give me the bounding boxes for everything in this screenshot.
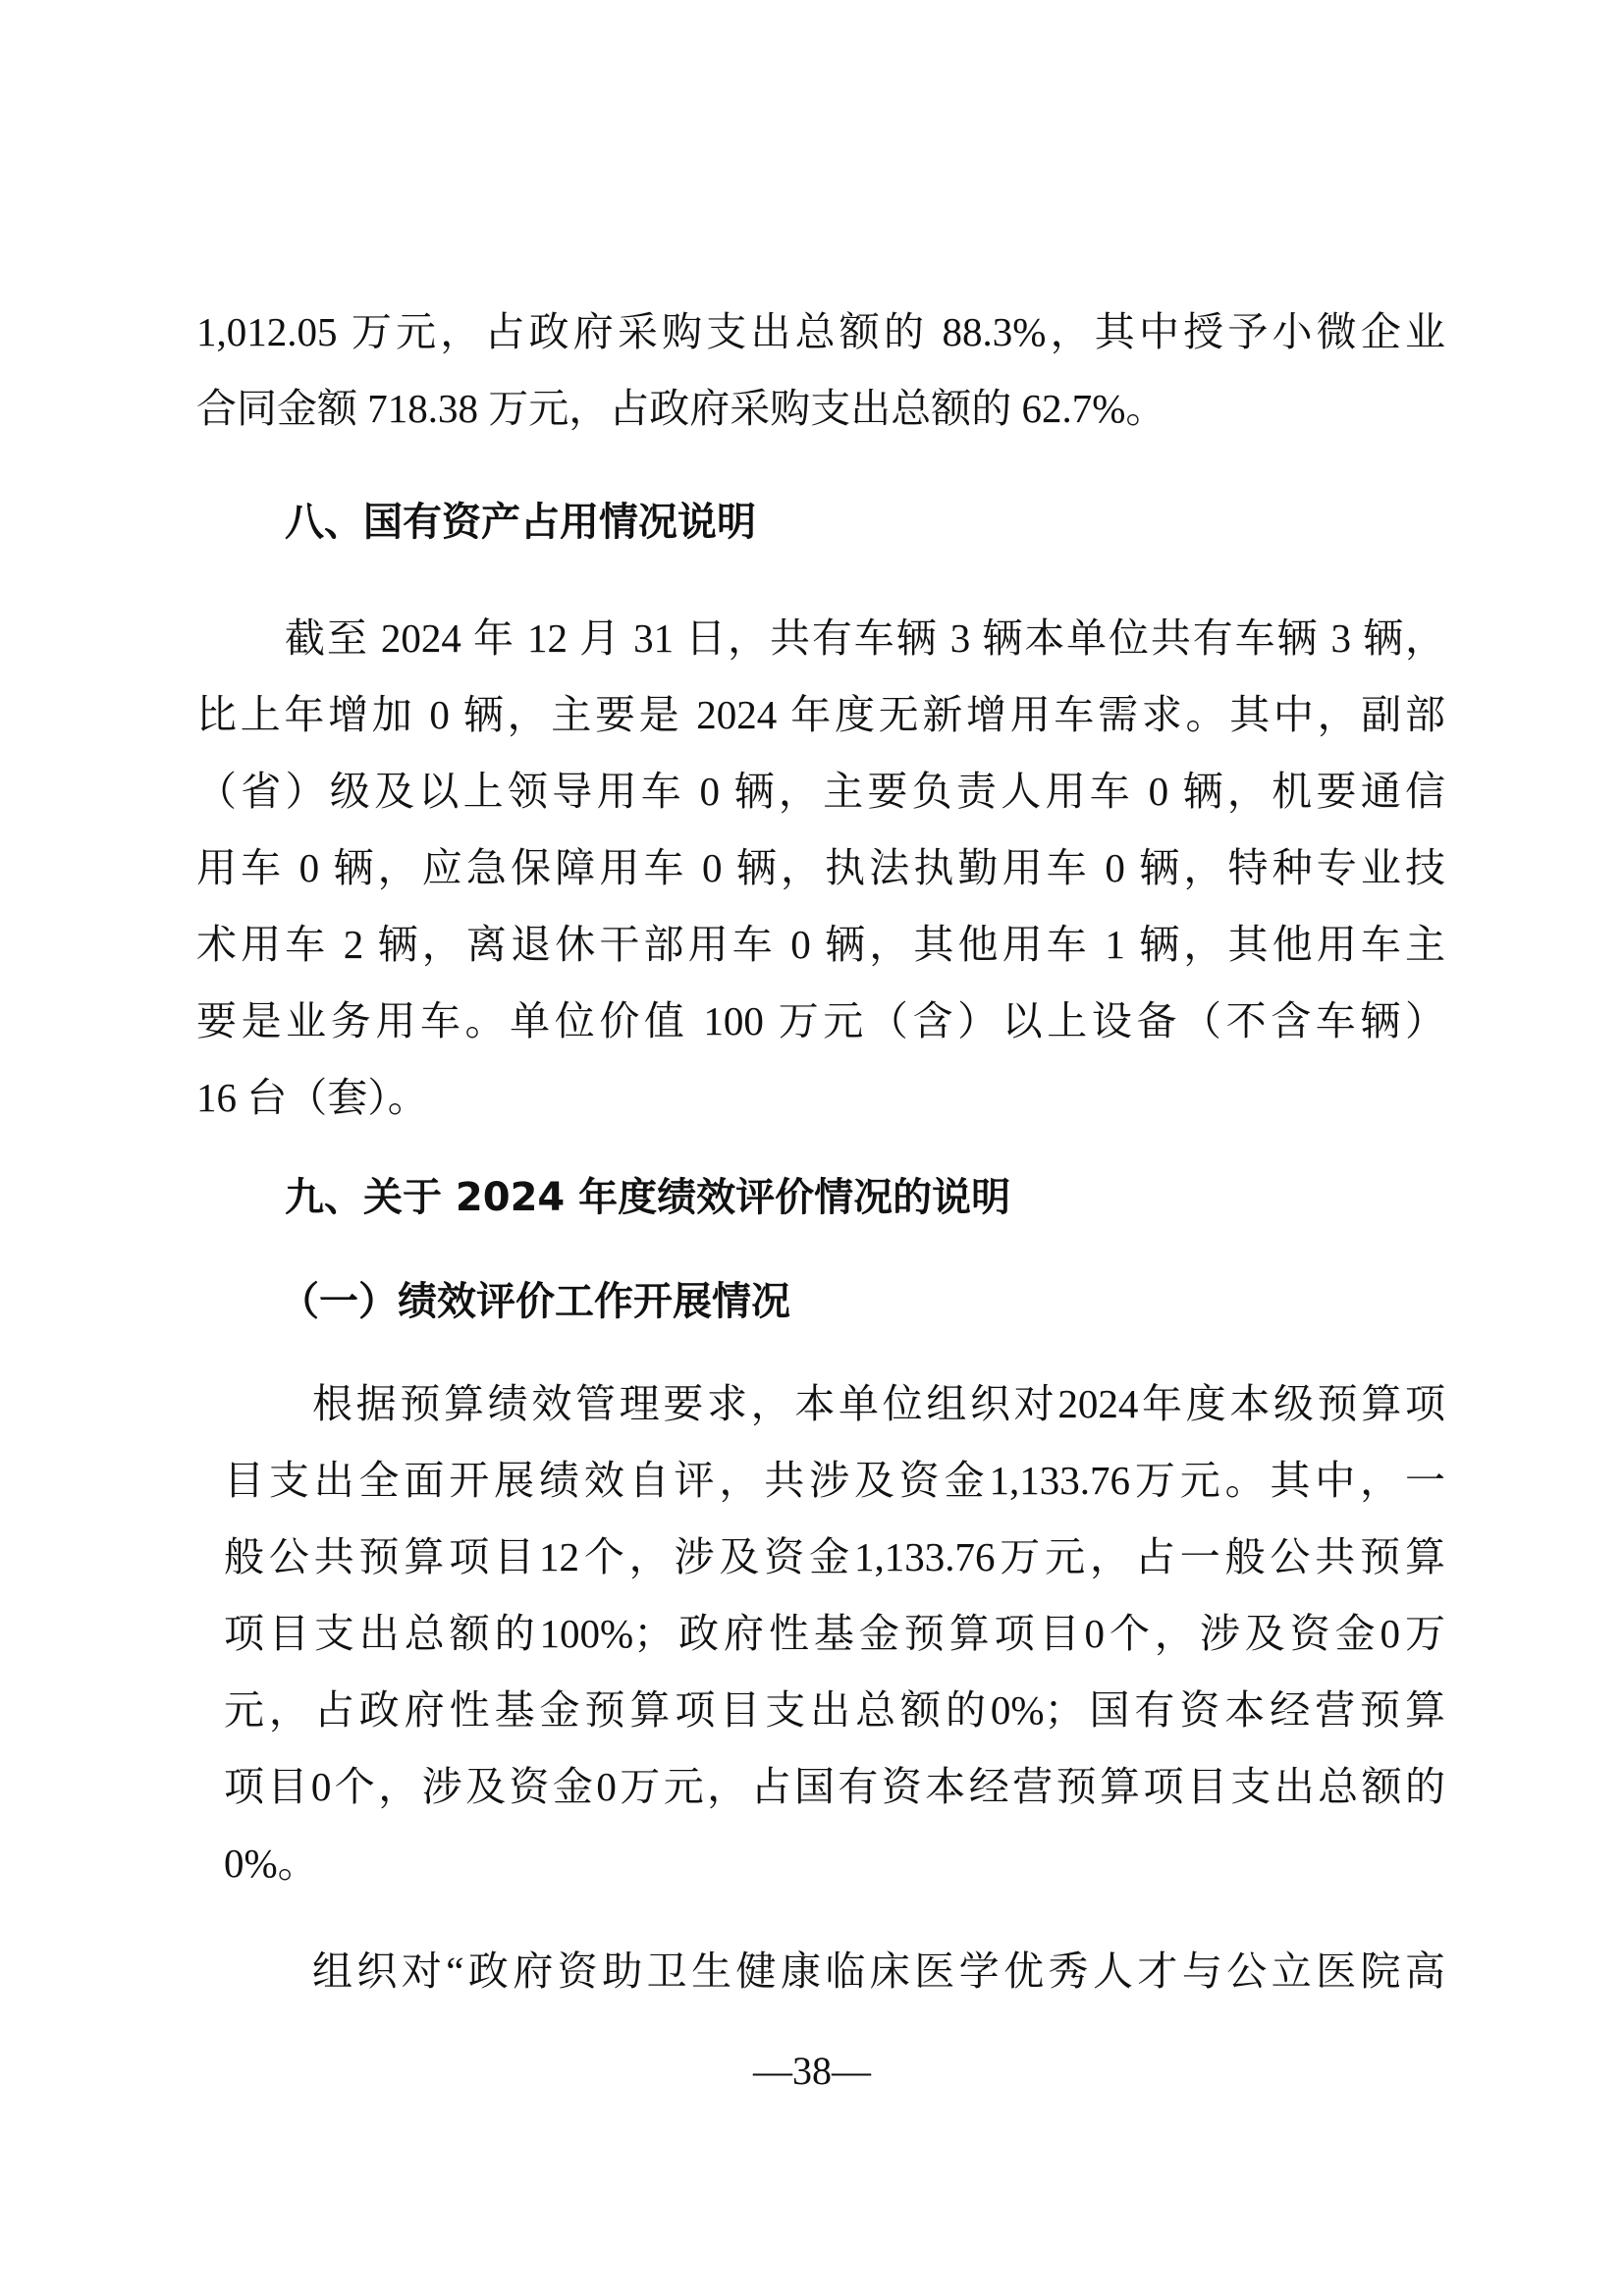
text-line: 16 台（套）。	[196, 1068, 1445, 1127]
text-line: 比上年增加 0 辆，主要是 2024 年度无新增用车需求。其中，副部	[196, 685, 1445, 744]
text-line: 般公共预算项目12个，涉及资金1,133.76万元，占一般公共预算	[224, 1527, 1445, 1586]
text-line: （省）级及以上领导用车 0 辆，主要负责人用车 0 辆，机要通信	[196, 762, 1445, 821]
text-line: 用车 0 辆，应急保障用车 0 辆，执法执勤用车 0 辆，特种专业技	[196, 838, 1445, 897]
text-line: 要是业务用车。单位价值 100 万元（含）以上设备（不含车辆）	[196, 991, 1445, 1050]
text-line: 组织对“政府资助卫生健康临床医学优秀人才与公立医院高	[312, 1942, 1445, 2001]
text-line: 元，占政府性基金预算项目支出总额的0%；国有资本经营预算	[224, 1681, 1445, 1739]
text-line: 目支出全面开展绩效自评，共涉及资金1,133.76万元。其中，一	[224, 1451, 1445, 1510]
text-line: 合同金额 718.38 万元，占政府采购支出总额的 62.7%。	[196, 379, 1445, 438]
text-line: 1,012.05 万元，占政府采购支出总额的 88.3%，其中授予小微企业	[196, 302, 1445, 361]
text-line: 截至 2024 年 12 月 31 日，共有车辆 3 辆本单位共有车辆 3 辆，	[285, 609, 1445, 667]
text-line: 根据预算绩效管理要求，本单位组织对2024年度本级预算项	[312, 1374, 1445, 1433]
text-line: 0%。	[224, 1834, 1445, 1893]
text-line: 项目支出总额的100%；政府性基金预算项目0个，涉及资金0万	[224, 1604, 1445, 1663]
text-line: 术用车 2 辆，离退休干部用车 0 辆，其他用车 1 辆，其他用车主	[196, 915, 1445, 974]
section-heading-assets: 八、国有资产占用情况说明	[285, 493, 756, 552]
page-number: —38—	[0, 2042, 1624, 2101]
section-heading-performance: 九、关于 2024 年度绩效评价情况的说明	[285, 1168, 1010, 1227]
text-line: 项目0个，涉及资金0万元，占国有资本经营预算项目支出总额的	[224, 1757, 1445, 1816]
subsection-heading-performance-work: （一）绩效评价工作开展情况	[280, 1272, 790, 1331]
document-page: 1,012.05 万元，占政府采购支出总额的 88.3%，其中授予小微企业 合同…	[0, 0, 1624, 2296]
